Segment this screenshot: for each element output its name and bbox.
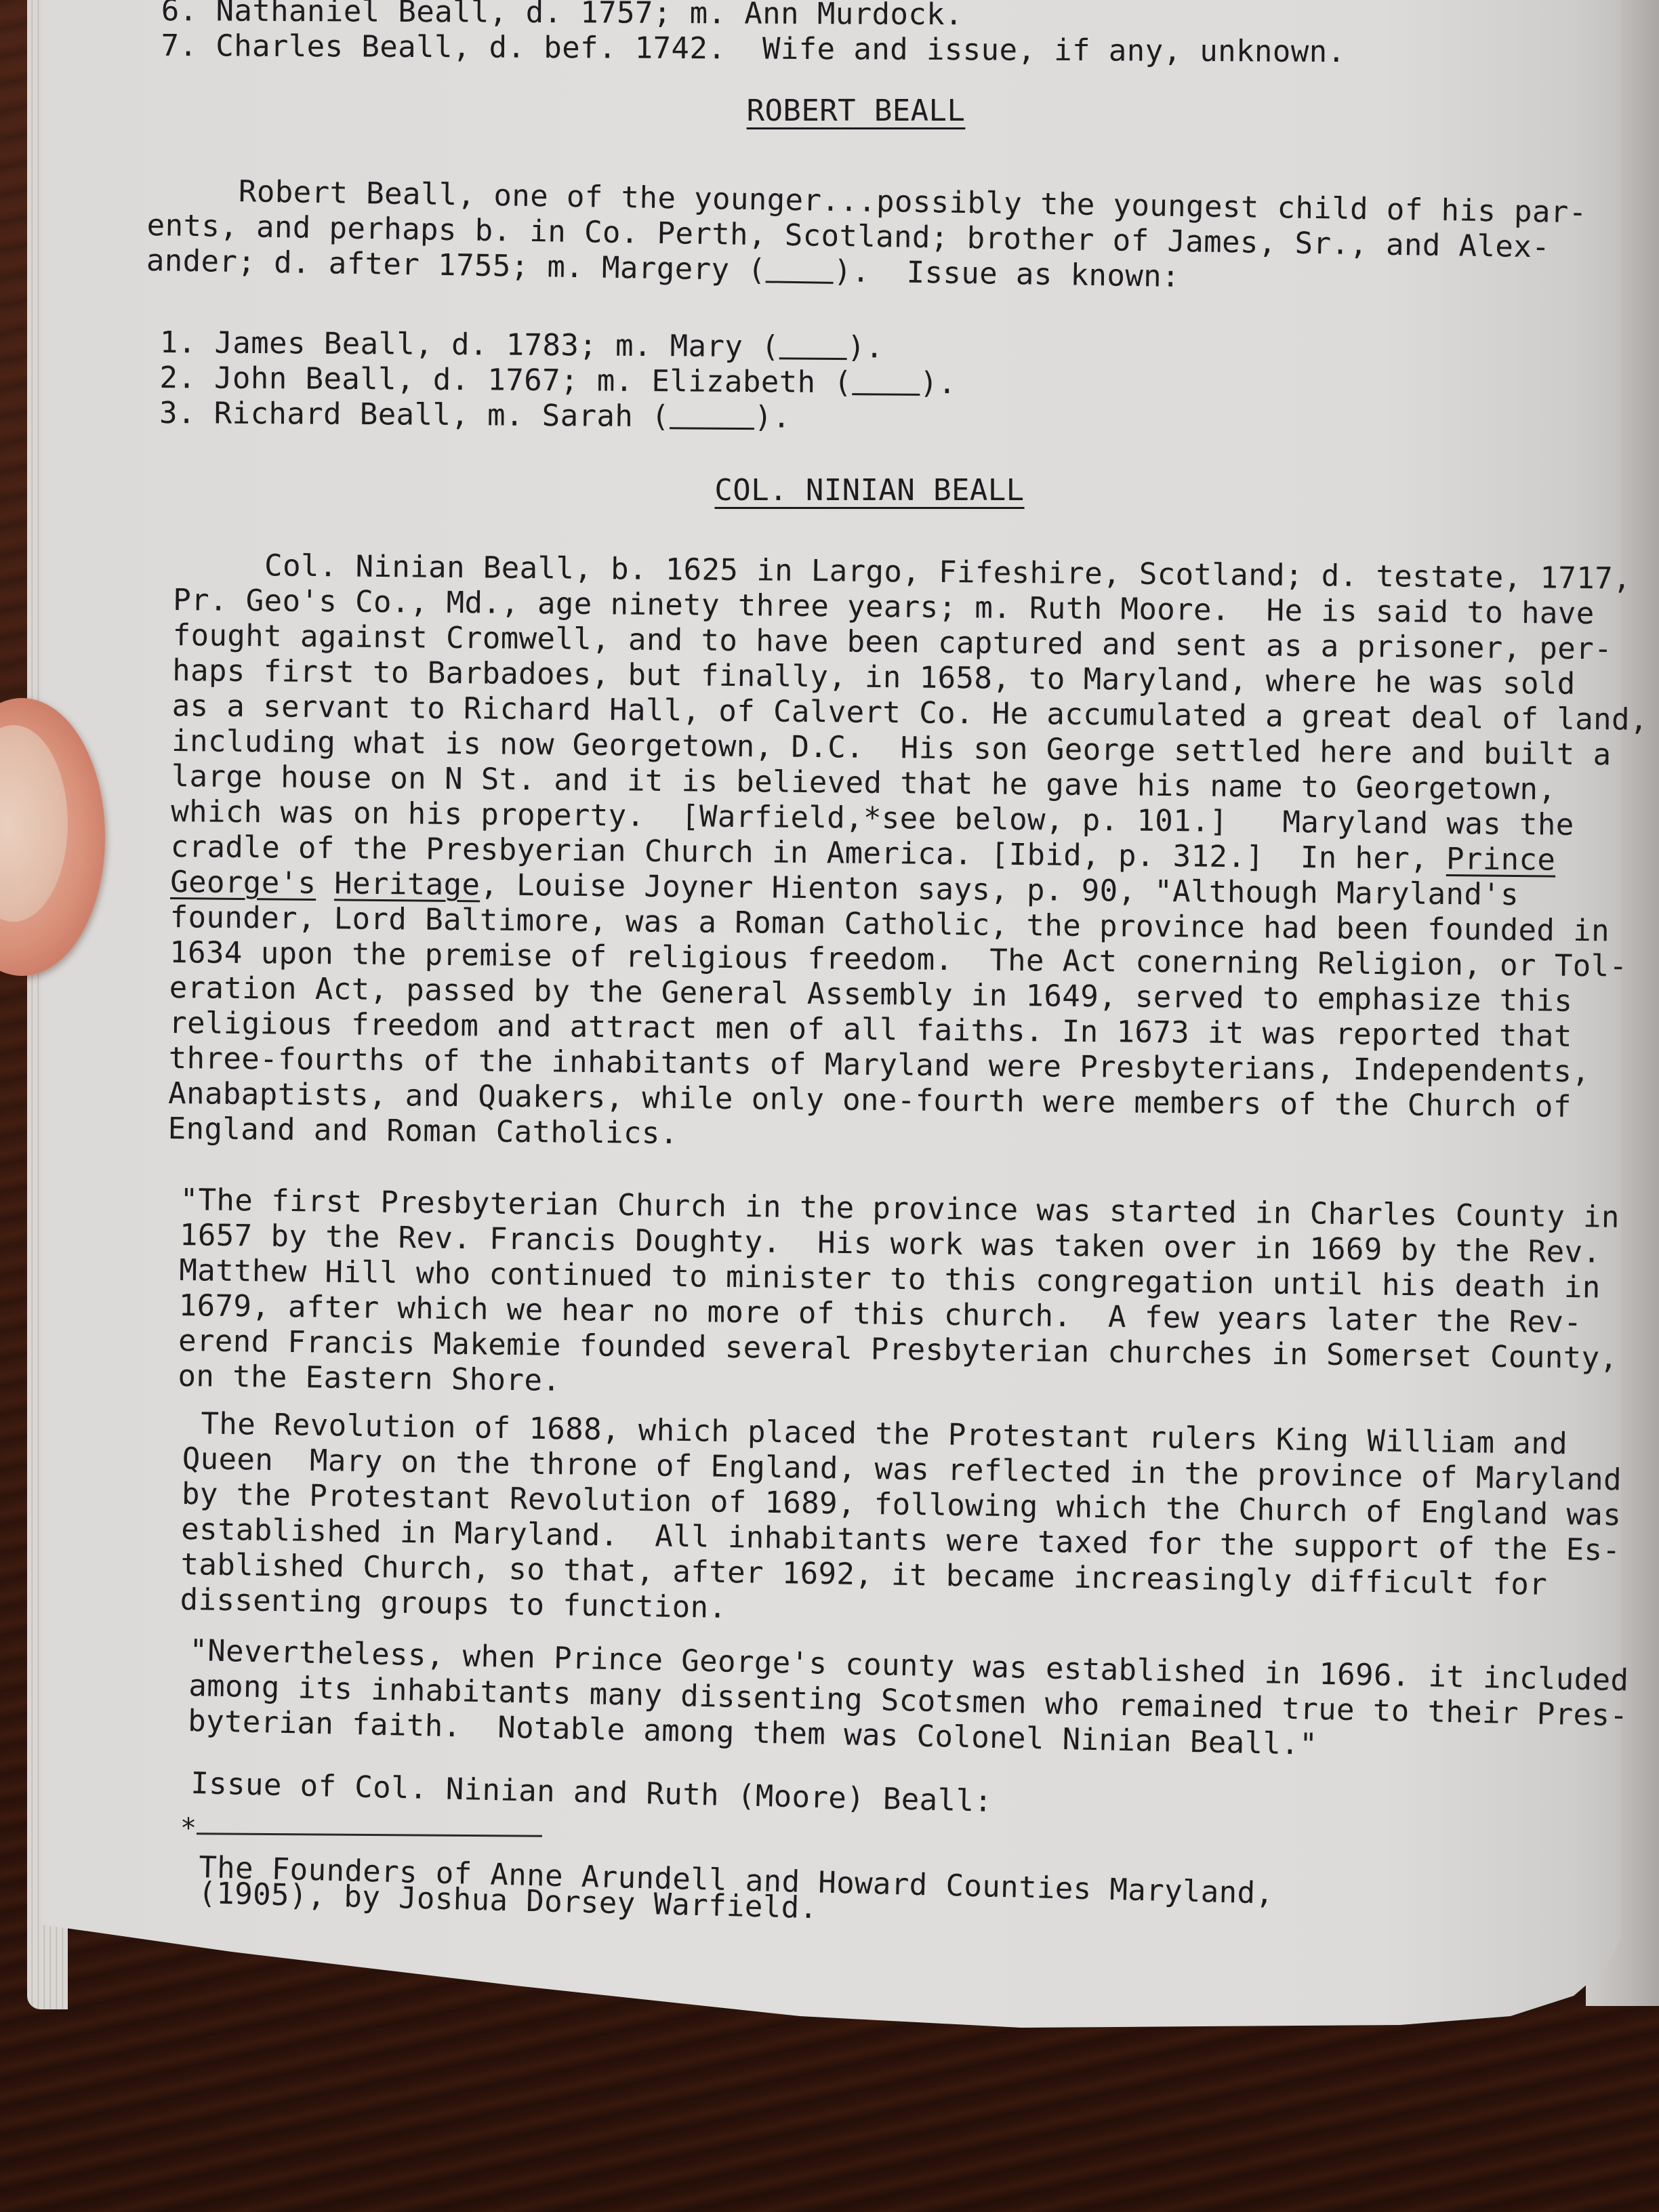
list-item: 1. James Beall, d. 1783; m. Mary (). xyxy=(160,325,957,366)
book-title: Heritage xyxy=(334,866,480,902)
list-item: 3. Richard Beall, m. Sarah (). xyxy=(159,396,956,436)
ninian-paragraph-3: The Revolution of 1688, which placed the… xyxy=(180,1406,1622,1639)
ninian-paragraph-1: Col. Ninian Beall, b. 1625 in Largo, Fif… xyxy=(168,548,1650,1161)
heading-col-ninian-beall: COL. NINIAN BEALL xyxy=(714,473,1024,508)
ninian-paragraph-2: "The first Presbyterian Church in the pr… xyxy=(178,1183,1620,1412)
blank-field xyxy=(670,405,754,430)
robert-issue-list: 1. James Beall, d. 1783; m. Mary (). 2. … xyxy=(159,325,957,436)
blank-field xyxy=(852,371,920,396)
blank-field xyxy=(766,259,834,284)
book-title: George's xyxy=(170,865,316,901)
footnote-marker: * xyxy=(180,1811,197,1846)
section-heading-ninian: COL. NINIAN BEALL xyxy=(175,473,1564,508)
section-heading-robert: ROBERT BEALL xyxy=(161,94,1551,129)
book-title: Prince xyxy=(1446,842,1556,878)
footnote-separator: * xyxy=(180,1811,197,1846)
heading-robert-beall: ROBERT BEALL xyxy=(747,94,966,128)
previous-issue-list: 6. Nathaniel Beall, d. 1757; m. Ann Murd… xyxy=(161,0,1345,70)
blank-field xyxy=(779,335,847,360)
list-item: 2. John Beall, d. 1767; m. Elizabeth (). xyxy=(159,361,956,401)
robert-paragraph: Robert Beall, one of the younger...possi… xyxy=(146,173,1588,301)
list-item: 7. Charles Beall, d. bef. 1742. Wife and… xyxy=(161,28,1345,70)
